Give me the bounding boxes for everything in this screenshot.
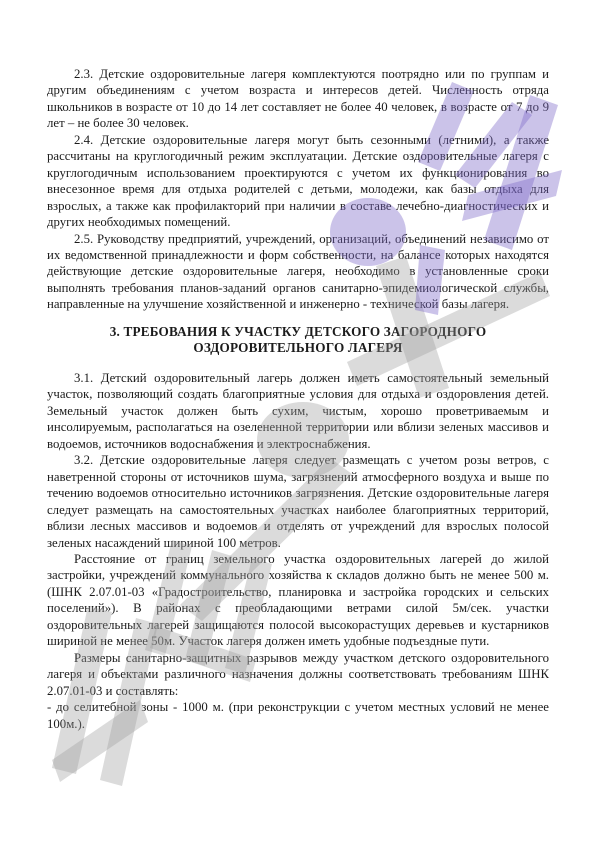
paragraph-2-5: 2.5. Руководству предприятий, учреждений… [47, 231, 549, 313]
paragraph-2-4: 2.4. Детские оздоровительные лагеря могу… [47, 132, 549, 231]
document-page: 2.3. Детские оздоровительные лагеря комп… [0, 0, 596, 842]
paragraph-3-2: 3.2. Детские оздоровительные лагеря след… [47, 452, 549, 551]
paragraph-2-3: 2.3. Детские оздоровительные лагеря комп… [47, 66, 549, 132]
paragraph-3-1: 3.1. Детский оздоровительный лагерь долж… [47, 370, 549, 452]
paragraph-distance: Расстояние от границ земельного участка … [47, 551, 549, 650]
document-text-block: 2.3. Детские оздоровительные лагеря комп… [47, 66, 549, 732]
list-item-residential-zone: - до селитебной зоны - 1000 м. (при реко… [47, 699, 549, 732]
section-3-heading: 3. ТРЕБОВАНИЯ К УЧАСТКУ ДЕТСКОГО ЗАГОРОД… [47, 324, 549, 357]
paragraph-sanitary-gaps: Размеры санитарно-защитных разрывов межд… [47, 650, 549, 699]
